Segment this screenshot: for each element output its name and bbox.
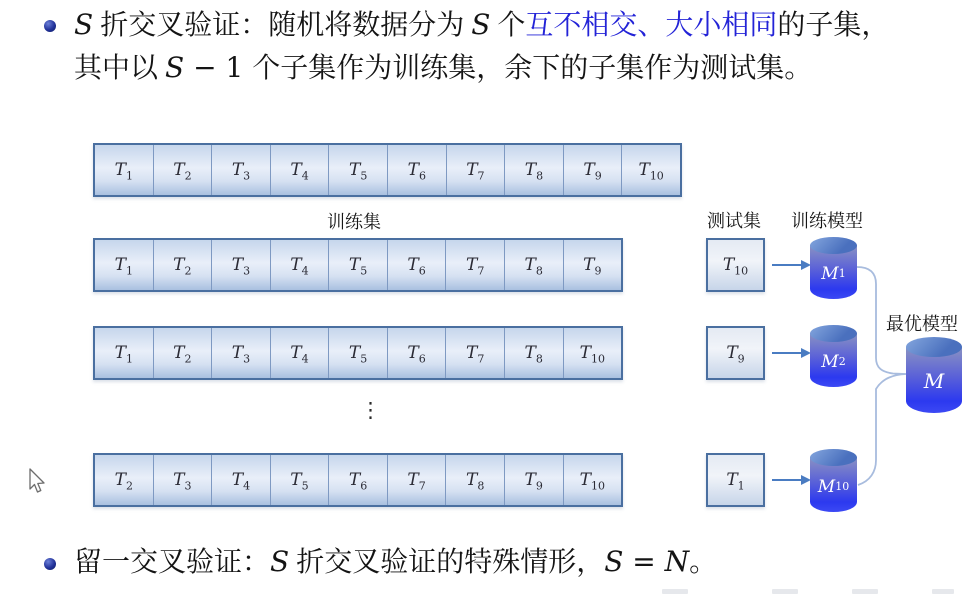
subset-label: T5 [290, 470, 308, 490]
subset-label: T5 [349, 255, 367, 275]
test-box-label: T1 [726, 470, 744, 490]
subset-cell: T3 [154, 455, 213, 505]
model-label: M2 [810, 337, 857, 387]
subset-cell: T2 [154, 328, 213, 378]
subset-label: T7 [466, 160, 484, 180]
bottom-edge-artifact [772, 589, 798, 594]
subset-label: T3 [232, 255, 250, 275]
fold-2-training-row: T1T2T3T4T5T6T7T8T10 [93, 326, 623, 380]
model-label: M10 [810, 461, 857, 512]
subset-label: T10 [580, 343, 605, 363]
subset-label: T7 [407, 470, 425, 490]
subset-label: T5 [349, 343, 367, 363]
best-model-label: 最优模型 [886, 310, 958, 336]
subset-label: T1 [115, 255, 133, 275]
data-row-full: T1T2T3T4T5T6T7T8T9T10 [93, 143, 682, 197]
fold-S-arrow-icon [772, 479, 802, 481]
vertical-ellipsis: ⋮ [360, 398, 381, 422]
test-set-label: 测试集 [707, 207, 761, 233]
subset-cell: T8 [446, 455, 505, 505]
subset-label: T1 [115, 160, 133, 180]
subset-cell: T8 [505, 240, 564, 290]
bottom-edge-artifact [932, 589, 954, 594]
subset-cell: T1 [95, 145, 154, 195]
fold-2-arrow-icon [772, 352, 802, 354]
fold-1-training-row: T1T2T3T4T5T6T7T8T9 [93, 238, 623, 292]
text-segment: 折交叉验证：随机将数据分为 [93, 10, 471, 41]
subset-label: T2 [173, 160, 191, 180]
text-segment: 其中以 [74, 53, 165, 84]
brace-path [857, 267, 906, 485]
fold-2-model-cylinder: M2 [810, 325, 857, 387]
bottom-edge-artifact [852, 589, 878, 594]
subset-label: T6 [407, 343, 425, 363]
subset-label: T10 [638, 160, 663, 180]
fold-2-test-box: T9 [706, 326, 765, 380]
subset-cell: T9 [505, 455, 564, 505]
subset-cell: T9 [564, 145, 623, 195]
subset-cell: T2 [95, 455, 154, 505]
subset-cell: T6 [388, 328, 447, 378]
subset-label: T8 [525, 343, 543, 363]
subset-label: T6 [349, 470, 367, 490]
subset-cell: T7 [388, 455, 447, 505]
text-segment: = [623, 545, 664, 578]
text-segment: S [471, 8, 490, 41]
subset-cell: T4 [271, 145, 330, 195]
bullet-dot [44, 20, 56, 32]
subset-label: T7 [466, 255, 484, 275]
subset-label: T4 [290, 160, 308, 180]
model-label: M [906, 349, 962, 413]
subset-label: T4 [290, 343, 308, 363]
subset-cell: T3 [212, 145, 271, 195]
subset-label: T4 [232, 470, 250, 490]
subset-cell: T10 [622, 145, 680, 195]
bullet-1-line-2: 其中以 S − 1 个子集作为训练集，余下的子集作为测试集。 [74, 46, 812, 91]
subset-label: T8 [525, 160, 543, 180]
subset-cell: T6 [329, 455, 388, 505]
fold-S-model-cylinder: M10 [810, 449, 857, 512]
mouse-cursor-icon [24, 466, 48, 498]
slide: S 折交叉验证：随机将数据分为 S 个互不相交、大小相同的子集， 其中以 S −… [0, 0, 973, 594]
subset-cell: T7 [446, 328, 505, 378]
subset-label: T6 [407, 255, 425, 275]
text-segment: S [165, 51, 184, 84]
text-segment: 互不相交、大小相同 [525, 10, 777, 41]
subset-label: T4 [290, 255, 308, 275]
model-label: M1 [810, 249, 857, 299]
subset-cell: T4 [212, 455, 271, 505]
text-segment: S [74, 8, 93, 41]
text-segment: S [270, 545, 289, 578]
subset-label: T2 [115, 470, 133, 490]
subset-label: T2 [173, 255, 191, 275]
fold-1-arrow-icon [772, 264, 802, 266]
subset-cell: T1 [95, 328, 154, 378]
subset-cell: T9 [564, 240, 622, 290]
train-model-label: 训练模型 [791, 207, 863, 233]
subset-label: T9 [583, 160, 601, 180]
subset-label: T9 [583, 255, 601, 275]
test-box-label: T10 [723, 255, 748, 275]
fold-1-test-box: T10 [706, 238, 765, 292]
test-box-label: T9 [726, 343, 744, 363]
subset-cell: T7 [447, 145, 506, 195]
bullet-2-line: 留一交叉验证：S 折交叉验证的特殊情形，S = N。 [74, 540, 717, 585]
subset-cell: T7 [446, 240, 505, 290]
subset-cell: T4 [271, 240, 330, 290]
subset-cell: T1 [95, 240, 154, 290]
bullet-dot [44, 558, 56, 570]
subset-label: T1 [115, 343, 133, 363]
subset-label: T5 [349, 160, 367, 180]
subset-cell: T5 [329, 240, 388, 290]
subset-cell: T5 [271, 455, 330, 505]
text-segment: 个 [490, 10, 525, 41]
subset-label: T2 [173, 343, 191, 363]
training-set-label: 训练集 [327, 208, 381, 234]
subset-label: T3 [232, 160, 250, 180]
subset-label: T7 [466, 343, 484, 363]
subset-label: T3 [232, 343, 250, 363]
text-segment: − 1 [184, 51, 252, 84]
subset-label: T8 [525, 255, 543, 275]
fold-1-model-cylinder: M1 [810, 237, 857, 299]
subset-label: T6 [408, 160, 426, 180]
text-segment: 折交叉验证的特殊情形， [289, 547, 604, 578]
subset-cell: T10 [564, 455, 622, 505]
subset-cell: T3 [212, 328, 271, 378]
best-model-cylinder: M [906, 337, 962, 413]
subset-cell: T2 [154, 240, 213, 290]
subset-cell: T2 [154, 145, 213, 195]
subset-cell: T4 [271, 328, 330, 378]
subset-cell: T8 [505, 328, 564, 378]
bottom-edge-artifact [662, 589, 688, 594]
text-segment: 个子集作为训练集，余下的子集作为测试集。 [252, 53, 812, 84]
fold-S-test-box: T1 [706, 453, 765, 507]
subset-label: T10 [580, 470, 605, 490]
subset-cell: T10 [564, 328, 622, 378]
bullet-1-line-1: S 折交叉验证：随机将数据分为 S 个互不相交、大小相同的子集， [74, 3, 889, 48]
text-segment: 。 [689, 547, 717, 578]
fold-S-training-row: T2T3T4T5T6T7T8T9T10 [93, 453, 623, 507]
subset-label: T8 [466, 470, 484, 490]
subset-label: T9 [525, 470, 543, 490]
subset-cell: T6 [388, 240, 447, 290]
subset-cell: T6 [388, 145, 447, 195]
text-segment: S [604, 545, 623, 578]
text-segment: N [665, 545, 690, 578]
subset-cell: T3 [212, 240, 271, 290]
text-segment: 留一交叉验证： [74, 547, 270, 578]
subset-cell: T5 [329, 145, 388, 195]
text-segment: 的子集， [777, 10, 889, 41]
subset-label: T3 [173, 470, 191, 490]
subset-cell: T8 [505, 145, 564, 195]
subset-cell: T5 [329, 328, 388, 378]
